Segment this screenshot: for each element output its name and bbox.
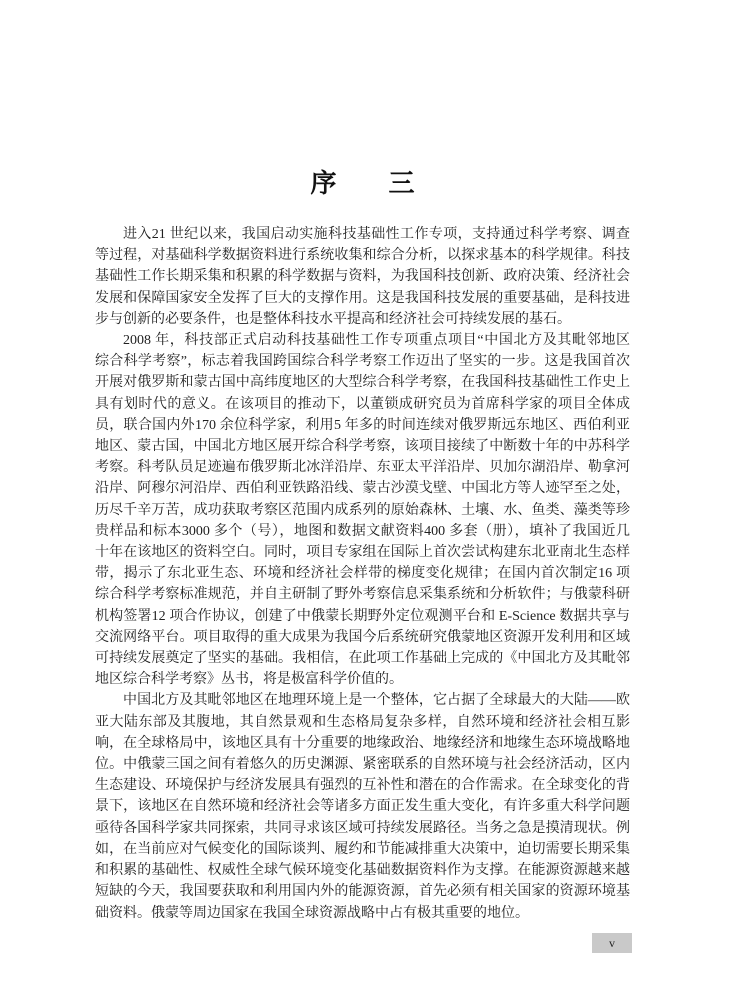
text-line: 亚大陆东部及其腹地，其自然景观和生态格局复杂多样，自然环境和经济社会相互影 xyxy=(95,712,630,733)
text-line: 中国北方及其毗邻地区在地理环境上是一个整体，它占据了全球最大的大陆——欧 xyxy=(95,690,630,711)
text-line: 和积累的基础性、权威性全球气候环境变化基础数据资料作为支撑。在能源资源越来越 xyxy=(95,860,630,881)
text-line: 综合科学考察标准规范，并自主研制了野外考察信息采集系统和分析软件；与俄蒙科研 xyxy=(95,584,630,605)
text-line: 响，在全球格局中，该地区具有十分重要的地缘政治、地缘经济和地缘生态环境战略地 xyxy=(95,733,630,754)
text-line: 历尽千辛万苦，成功获取考察区范围内成系列的原始森林、土壤、水、鱼类、藻类等珍 xyxy=(95,500,630,521)
page-number-badge: v xyxy=(592,933,632,953)
text-line: 开展对俄罗斯和蒙古国中高纬度地区的大型综合科学考察，在我国科技基础性工作史上 xyxy=(95,372,630,393)
text-line: 综合科学考察”，标志着我国跨国综合科学考察工作迈出了坚实的一步。这是我国首次 xyxy=(95,351,630,372)
text-line: 2008 年，科技部正式启动科技基础性工作专项重点项目“中国北方及其毗邻地区 xyxy=(95,330,630,351)
text-line: 可持续发展奠定了坚实的基础。我相信，在此项工作基础上完成的《中国北方及其毗邻 xyxy=(95,648,630,669)
text-line: 如，在当前应对气候变化的国际谈判、履约和节能减排重大决策中，迫切需要长期采集 xyxy=(95,839,630,860)
text-line: 沿岸、阿穆尔河沿岸、西伯利亚铁路沿线、蒙古沙漠戈壁、中国北方等人迹罕至之处， xyxy=(95,478,630,499)
text-line: 础资料。俄蒙等周边国家在我国全球资源战略中占有极其重要的地位。 xyxy=(95,903,630,924)
text-line: 进入21 世纪以来，我国启动实施科技基础性工作专项，支持通过科学考察、调查 xyxy=(95,224,630,245)
text-line: 机构签署12 项合作协议，创建了中俄蒙长期野外定位观测平台和 E-Science… xyxy=(95,606,630,627)
text-line: 交流网络平台。项目取得的重大成果为我国今后系统研究俄蒙地区资源开发利用和区域 xyxy=(95,627,630,648)
text-line: 基础性工作长期采集和积累的科学数据与资料，为我国科技创新、政府决策、经济社会 xyxy=(95,266,630,287)
text-line: 景下，该地区在自然环境和经济社会等诸多方面正发生重大变化，有许多重大科学问题 xyxy=(95,796,630,817)
text-line: 亟待各国科学家共同探索，共同寻求该区域可持续发展路径。当务之急是摸清现状。例 xyxy=(95,818,630,839)
text-line: 等过程，对基础科学数据资料进行系统收集和综合分析，以探求基本的科学规律。科技 xyxy=(95,245,630,266)
text-line: 地区综合科学考察》丛书，将是极富科学价值的。 xyxy=(95,669,630,690)
text-line: 贵样品和标本3000 多个（号），地图和数据文献资料400 多套（册），填补了我… xyxy=(95,521,630,542)
text-line: 地区、蒙古国，中国北方地区展开综合科学考察，该项目接续了中断数十年的中苏科学 xyxy=(95,436,630,457)
text-line: 发展和保障国家安全发挥了巨大的支撑作用。这是我国科技发展的重要基础，是科技进 xyxy=(95,288,630,309)
text-line: 具有划时代的意义。在该项目的推动下，以董锁成研究员为首席科学家的项目全体成 xyxy=(95,394,630,415)
paragraph-intro: 进入21 世纪以来，我国启动实施科技基础性工作专项，支持通过科学考察、调查等过程… xyxy=(95,224,630,330)
paragraph-region: 中国北方及其毗邻地区在地理环境上是一个整体，它占据了全球最大的大陆——欧亚大陆东… xyxy=(95,690,630,923)
body-text: 进入21 世纪以来，我国启动实施科技基础性工作专项，支持通过科学考察、调查等过程… xyxy=(95,224,630,924)
page-title: 序 三 xyxy=(95,167,630,199)
document-page: 序 三 进入21 世纪以来，我国启动实施科技基础性工作专项，支持通过科学考察、调… xyxy=(0,0,729,1005)
text-line: 生态建设、环境保护与经济发展具有强烈的互补性和潜在的合作需求。在全球变化的背 xyxy=(95,775,630,796)
text-line: 考察。科考队员足迹遍布俄罗斯北冰洋沿岸、东亚太平洋沿岸、贝加尔湖沿岸、勒拿河 xyxy=(95,457,630,478)
text-line: 步与创新的必要条件，也是整体科技水平提高和经济社会可持续发展的基石。 xyxy=(95,309,630,330)
text-line: 带，揭示了东北亚生态、环境和经济社会样带的梯度变化规律；在国内首次制定16 项 xyxy=(95,563,630,584)
text-line: 十年在该地区的资料空白。同时，项目专家组在国际上首次尝试构建东北亚南北生态样 xyxy=(95,542,630,563)
text-line: 员，联合国内外170 余位科学家，利用5 年多的时间连续对俄罗斯远东地区、西伯利… xyxy=(95,415,630,436)
text-line: 位。中俄蒙三国之间有着悠久的历史渊源、紧密联系的自然环境与社会经济活动，区内 xyxy=(95,754,630,775)
page-number-label: v xyxy=(609,936,615,950)
text-line: 短缺的今天，我国要获取和利用国内外的能源资源，首先必须有相关国家的资源环境基 xyxy=(95,881,630,902)
paragraph-project: 2008 年，科技部正式启动科技基础性工作专项重点项目“中国北方及其毗邻地区综合… xyxy=(95,330,630,690)
